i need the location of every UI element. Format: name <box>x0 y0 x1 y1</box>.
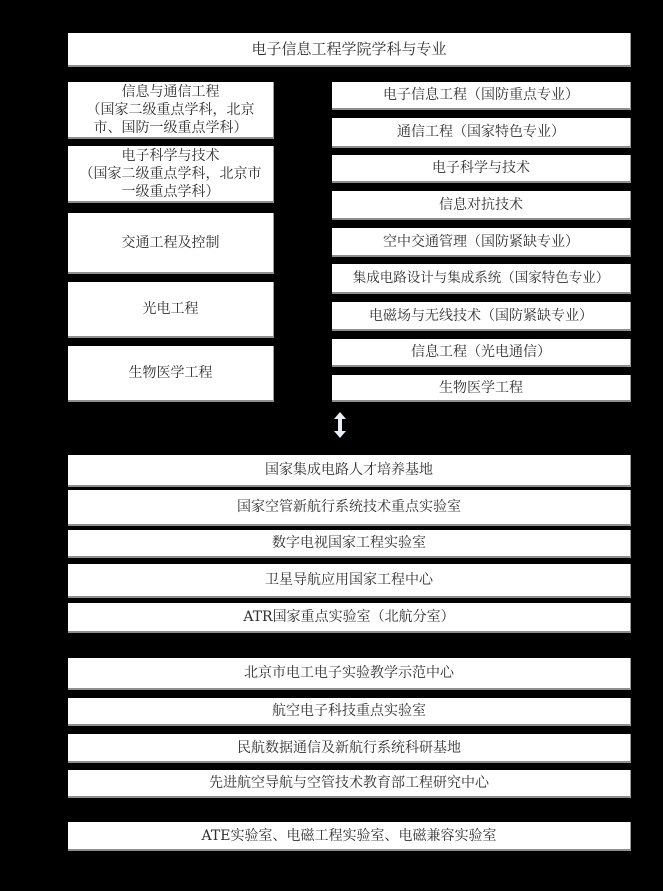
lab-label: ATR国家重点实验室（北航分室） <box>243 608 454 626</box>
major-box: 电子科学与技术 <box>332 155 631 183</box>
major-label: 信息对抗技术 <box>439 196 523 214</box>
lab-box: 民航数据通信及新航行系统科研基地 <box>68 734 631 763</box>
discipline-note: （国家二级重点学科，北京 <box>87 101 255 119</box>
lab-label: 数字电视国家工程实验室 <box>272 534 426 552</box>
discipline-note: 一级重点学科） <box>122 183 220 201</box>
major-label: 通信工程（国家特色专业） <box>397 123 565 141</box>
title-box: 电子信息工程学院学科与专业 <box>68 33 631 67</box>
lab-box: 数字电视国家工程实验室 <box>68 530 631 558</box>
discipline-box: 光电工程 <box>68 282 274 338</box>
major-box: 电子信息工程（国防重点专业） <box>332 82 631 110</box>
lab-label: ATE实验室、电磁工程实验室、电磁兼容实验室 <box>202 827 497 845</box>
major-label: 生物医学工程 <box>439 379 523 397</box>
discipline-name: 交通工程及控制 <box>122 234 220 252</box>
lab-box: 先进航空导航与空管技术教育部工程研究中心 <box>68 770 631 798</box>
discipline-name: 生物医学工程 <box>129 364 213 382</box>
discipline-name: 光电工程 <box>143 300 199 318</box>
discipline-note: （国家二级重点学科，北京市 <box>80 165 262 183</box>
discipline-name: 电子科学与技术 <box>122 147 220 165</box>
discipline-box: 信息与通信工程 （国家二级重点学科，北京 市、国防一级重点学科） <box>68 82 274 139</box>
major-box: 生物医学工程 <box>332 375 631 402</box>
lab-box: 卫星导航应用国家工程中心 <box>68 564 631 598</box>
lab-box: 国家集成电路人才培养基地 <box>68 455 631 487</box>
major-box: 空中交通管理（国防紧缺专业） <box>332 228 631 257</box>
major-box: 通信工程（国家特色专业） <box>332 118 631 148</box>
major-box: 集成电路设计与集成系统（国家特色专业） <box>332 264 631 294</box>
page-title: 电子信息工程学院学科与专业 <box>251 40 446 58</box>
major-label: 电子信息工程（国防重点专业） <box>383 86 579 104</box>
discipline-name: 信息与通信工程 <box>122 83 220 101</box>
major-label: 信息工程（光电通信） <box>411 343 551 361</box>
lab-box: 航空电子科技重点实验室 <box>68 698 631 726</box>
major-label: 空中交通管理（国防紧缺专业） <box>383 233 579 251</box>
discipline-box: 生物医学工程 <box>68 346 274 402</box>
lab-box: ATR国家重点实验室（北航分室） <box>68 603 631 633</box>
major-box: 电磁场与无线技术（国防紧缺专业） <box>332 302 631 331</box>
major-label: 集成电路设计与集成系统（国家特色专业） <box>353 269 610 287</box>
lab-box: ATE实验室、电磁工程实验室、电磁兼容实验室 <box>68 822 631 851</box>
major-box: 信息对抗技术 <box>332 191 631 220</box>
discipline-note: 市、国防一级重点学科） <box>94 119 248 137</box>
lab-label: 国家空管新航行系统技术重点实验室 <box>237 498 461 516</box>
lab-label: 北京市电工电子实验教学示范中心 <box>244 664 454 682</box>
lab-label: 民航数据通信及新航行系统科研基地 <box>237 739 461 757</box>
lab-box: 北京市电工电子实验教学示范中心 <box>68 658 631 690</box>
double-arrow-icon <box>330 411 350 439</box>
major-box: 信息工程（光电通信） <box>332 339 631 367</box>
major-label: 电磁场与无线技术（国防紧缺专业） <box>369 307 593 325</box>
lab-label: 航空电子科技重点实验室 <box>272 702 426 720</box>
discipline-box: 电子科学与技术 （国家二级重点学科，北京市 一级重点学科） <box>68 146 274 203</box>
lab-label: 卫星导航应用国家工程中心 <box>265 571 433 589</box>
discipline-box: 交通工程及控制 <box>68 213 274 274</box>
lab-label: 国家集成电路人才培养基地 <box>265 461 433 479</box>
lab-box: 国家空管新航行系统技术重点实验室 <box>68 490 631 526</box>
major-label: 电子科学与技术 <box>432 159 530 177</box>
lab-label: 先进航空导航与空管技术教育部工程研究中心 <box>209 774 489 792</box>
